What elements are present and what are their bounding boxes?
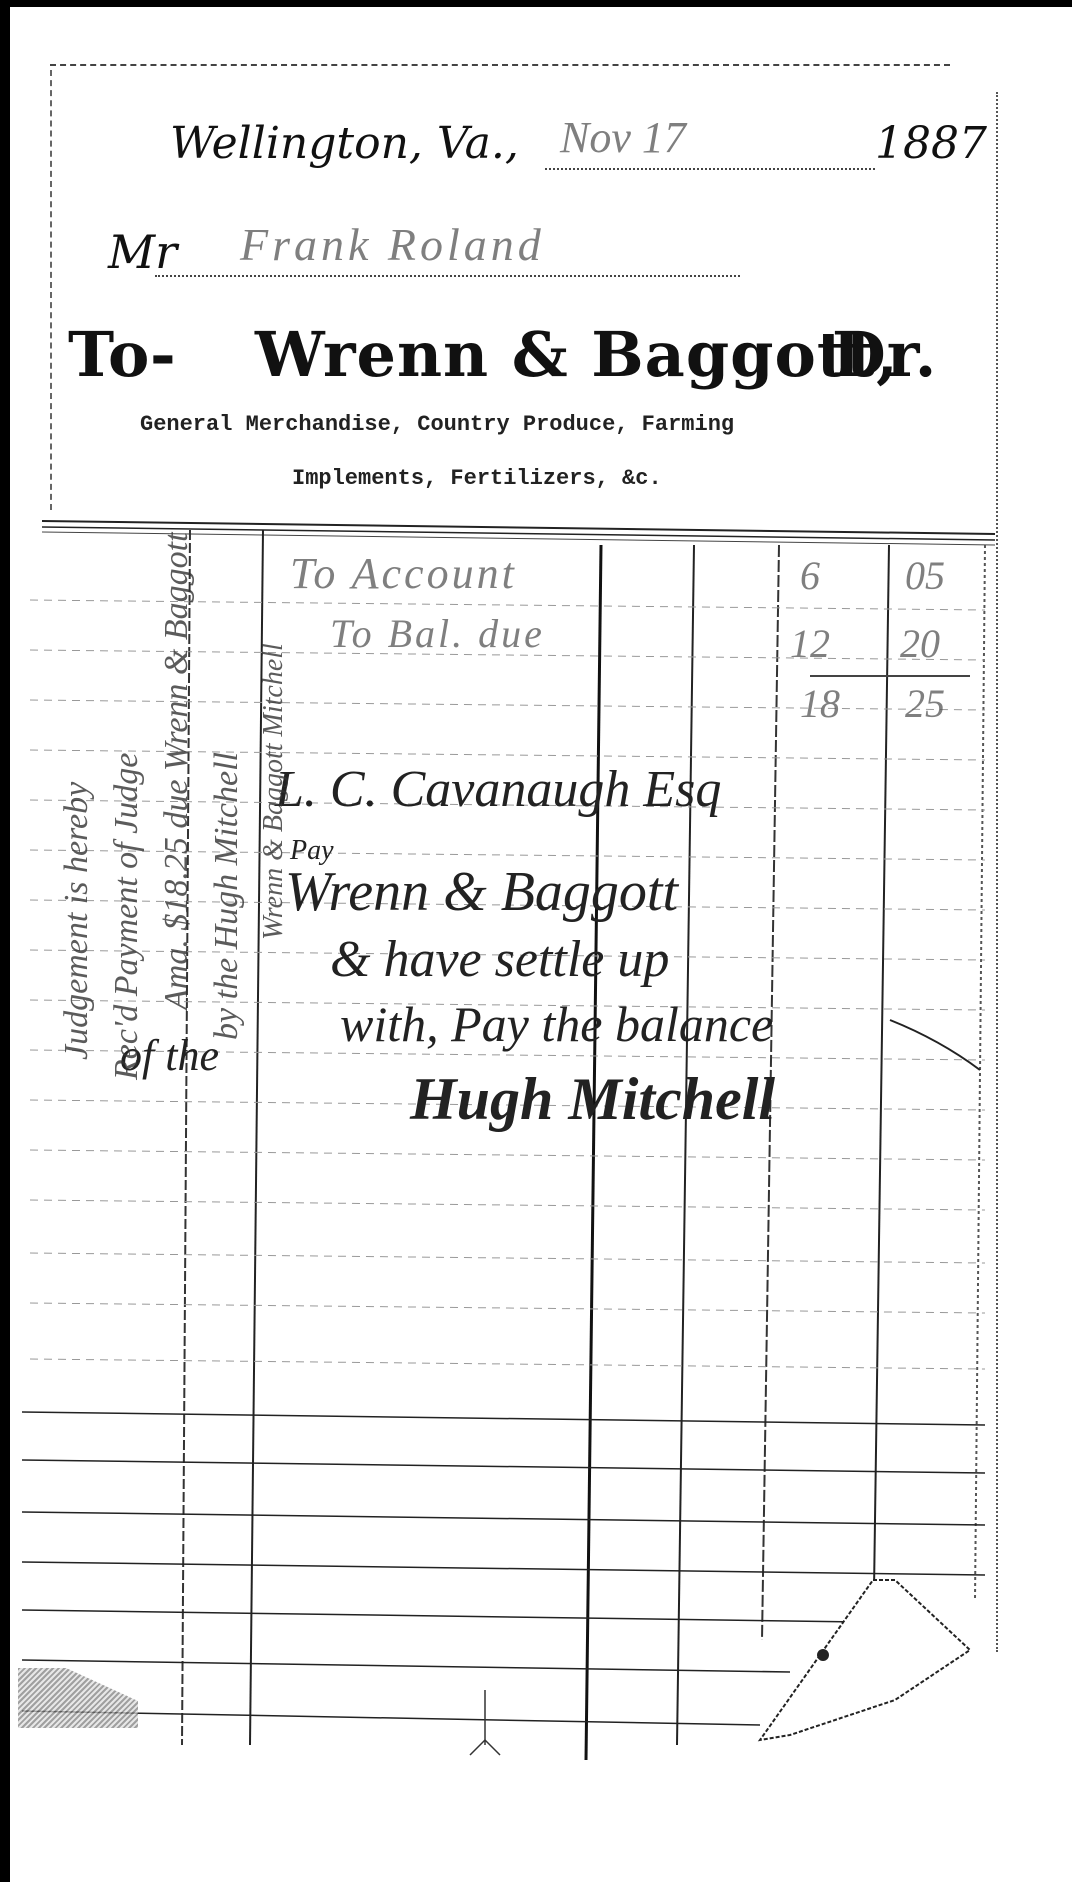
signature: Hugh Mitchell — [410, 1065, 775, 1134]
ledger-entry-1-cents: 05 — [905, 552, 945, 599]
total-rule — [810, 675, 970, 677]
ledger-entry-1-description: To Account — [290, 548, 517, 599]
margin-note-2: Rec'd Payment of Judge — [108, 753, 146, 1080]
ledger-entry-2-description: To Bal. due — [330, 610, 545, 657]
ledger-entry-2-cents: 20 — [900, 620, 940, 667]
ledger-total-cents: 25 — [905, 680, 945, 727]
note-line-4: & have settle up — [330, 930, 669, 989]
margin-note-4: by the Hugh Mitchell — [208, 752, 246, 1040]
note-line-3: Wrenn & Baggott — [285, 860, 678, 924]
note-line-5: with, Pay the balance — [340, 995, 773, 1053]
margin-note-5: Wrenn & Baggott Mitchell — [258, 643, 290, 940]
ledger-entry-2-dollars: 12 — [790, 620, 830, 667]
ledger-total-dollars: 18 — [800, 680, 840, 727]
margin-note-1: Judgement is hereby — [58, 782, 96, 1060]
note-line-1: L. C. Cavanaugh Esq — [275, 760, 721, 819]
margin-note-3: Ama. $18.25 due Wrenn & Baggott — [158, 532, 196, 1010]
ledger-entry-1-dollars: 6 — [800, 552, 820, 599]
